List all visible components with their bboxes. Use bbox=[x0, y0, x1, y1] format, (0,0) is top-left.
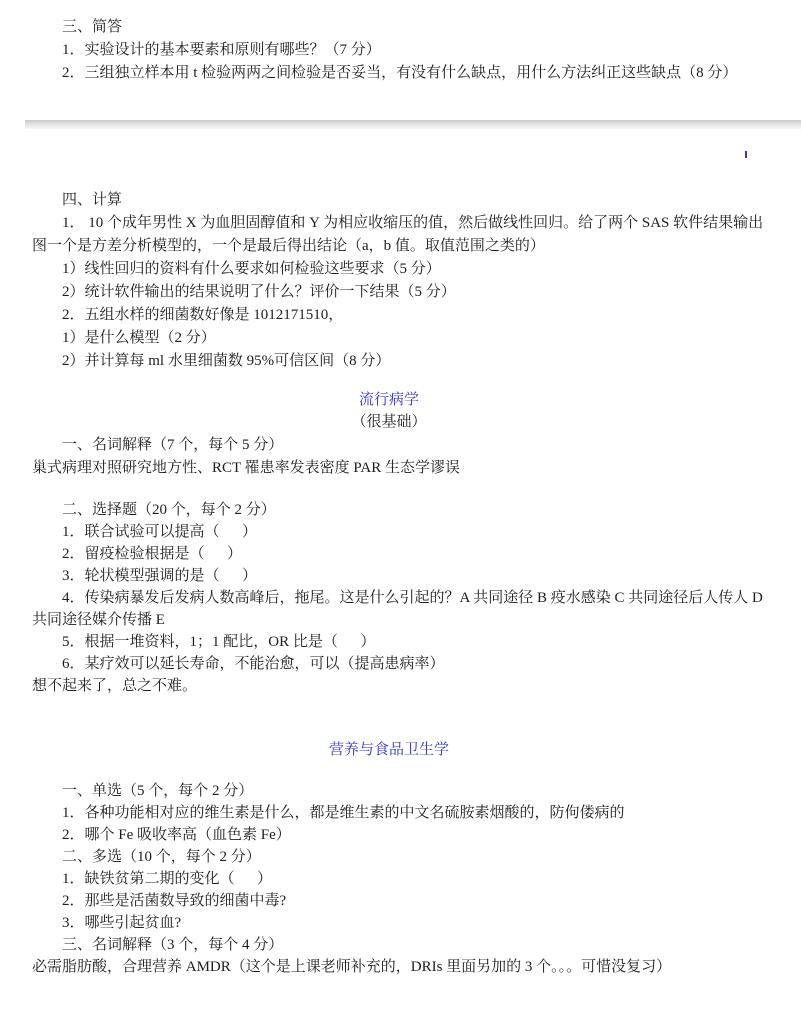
doc-line: 2．三组独立样本用 t 检验两两之间检验是否妥当，有没有什么缺点，用什么方法纠正… bbox=[62, 65, 737, 82]
doc-line: 2．留疫检验根据是（ ） bbox=[62, 546, 242, 563]
doc-line: 1）线性回归的资料有什么要求如何检验这些要求（5 分） bbox=[62, 261, 441, 278]
doc-line: 2．那些是活菌数导致的细菌中毒? bbox=[62, 893, 286, 910]
doc-line: 3．轮状模型强调的是（ ） bbox=[62, 568, 257, 585]
page-break-separator bbox=[25, 120, 801, 129]
doc-line: 2）统计软件输出的结果说明了什么？评价一下结果（5 分） bbox=[62, 284, 456, 301]
doc-line: 1）是什么模型（2 分） bbox=[62, 330, 216, 347]
doc-line: 必需脂肪酸，合理营养 AMDR（这个是上课老师补充的，DRIs 里面另加的 3 … bbox=[32, 959, 671, 976]
doc-line: 三、名词解释（3 个，每个 4 分） bbox=[62, 937, 283, 954]
doc-line: 共同途径媒介传播 E bbox=[32, 612, 165, 629]
doc-line: 想不起来了，总之不难。 bbox=[32, 678, 197, 695]
section-heading: 营养与食品卫生学 bbox=[0, 742, 778, 759]
doc-line: 三、简答 bbox=[62, 19, 122, 36]
text-cursor bbox=[745, 151, 747, 158]
doc-line: 图一个是方差分析模型的，一个是最后得出结论（a，b 值。取值范围之类的） bbox=[32, 238, 545, 255]
doc-line: 1．各种功能相对应的维生素是什么，都是维生素的中文名硫胺素烟酸的，防佝偻病的 bbox=[62, 805, 625, 822]
doc-line: 4．传染病暴发后发病人数高峰后，拖尾。这是什么引起的？A 共同途径 B 疫水感染… bbox=[62, 590, 763, 607]
doc-line: 二、多选（10 个，每个 2 分） bbox=[62, 849, 261, 866]
doc-line: （很基础） bbox=[0, 414, 778, 431]
doc-line: 5．根据一堆资料，1；1 配比，OR 比是（ ） bbox=[62, 634, 375, 651]
doc-line: 1． 10 个成年男性 X 为血胆固醇值和 Y 为相应收缩压的值，然后做线性回归… bbox=[62, 215, 763, 232]
doc-line: 2）并计算每 ml 水里细菌数 95%可信区间（8 分） bbox=[62, 353, 390, 370]
doc-line: 1．缺铁贫第二期的变化（ ） bbox=[62, 871, 272, 888]
doc-line: 2．五组水样的细菌数好像是 1012171510， bbox=[62, 307, 343, 324]
doc-line: 二、选择题（20 个，每个 2 分） bbox=[62, 502, 276, 519]
doc-line: 一、单选（5 个，每个 2 分） bbox=[62, 783, 253, 800]
doc-line: 1．实验设计的基本要素和原则有哪些？（7 分） bbox=[62, 42, 381, 59]
doc-line: 一、名词解释（7 个，每个 5 分） bbox=[62, 437, 283, 454]
section-heading: 流行病学 bbox=[0, 392, 778, 409]
doc-line: 3．哪些引起贫血? bbox=[62, 915, 181, 932]
doc-line: 巢式病理对照研究地方性、RCT 罹患率发表密度 PAR 生态学谬误 bbox=[32, 460, 460, 477]
doc-line: 2．哪个 Fe 吸收率高（血色素 Fe） bbox=[62, 827, 291, 844]
document-page[interactable]: 三、简答1．实验设计的基本要素和原则有哪些？（7 分）2．三组独立样本用 t 检… bbox=[0, 0, 801, 1019]
doc-line: 四、计算 bbox=[62, 192, 122, 209]
doc-line: 1．联合试验可以提高（ ） bbox=[62, 524, 257, 541]
doc-line: 6．某疗效可以延长寿命，不能治愈，可以（提高患病率） bbox=[62, 656, 445, 673]
